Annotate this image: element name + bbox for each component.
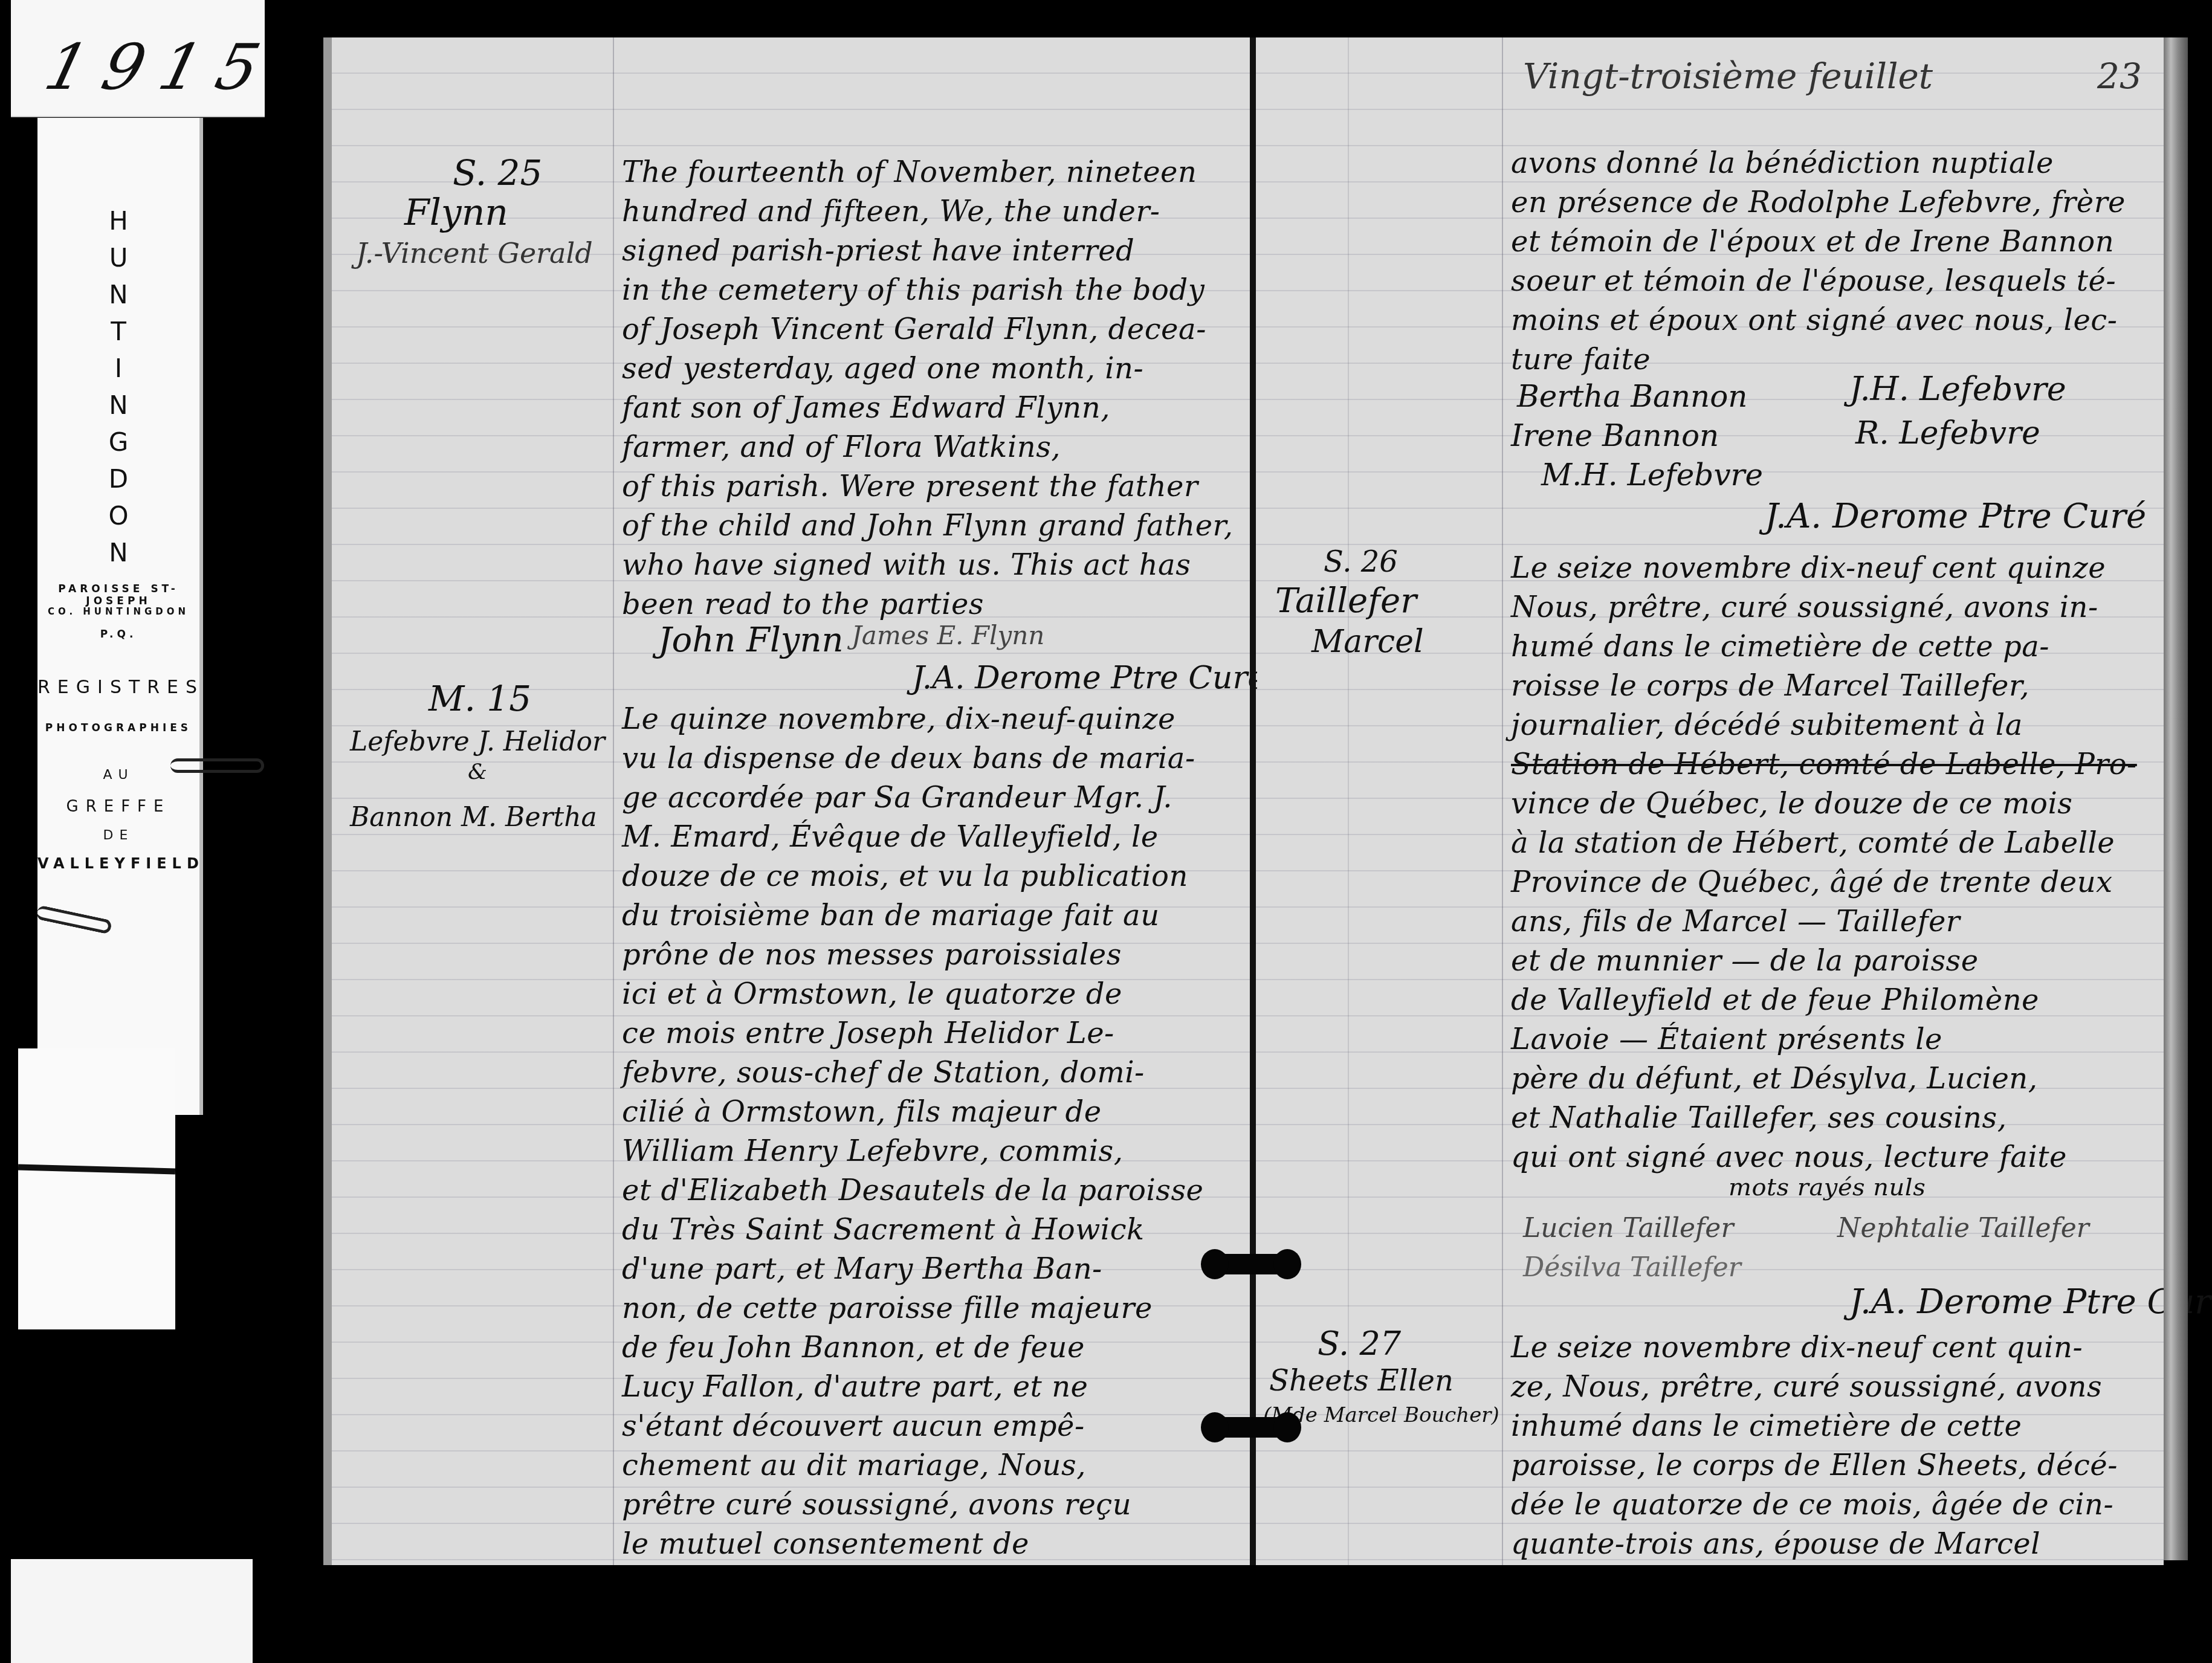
signature: Bertha Bannon bbox=[1517, 379, 1748, 414]
text-line: en présence de Rodolphe Lefebvre, frère bbox=[1511, 186, 2126, 219]
text-line: cilié à Ormstown, fils majeur de bbox=[622, 1095, 1102, 1129]
text-line: of the child and John Flynn grand father… bbox=[622, 509, 1233, 543]
blank-paper-piece bbox=[11, 1559, 253, 1663]
text-line: Lucy Fallon, d'autre part, et ne bbox=[622, 1370, 1088, 1404]
text-line: prêtre curé soussigné, avons reçu bbox=[622, 1488, 1131, 1522]
binding-ring-icon bbox=[1206, 1417, 1296, 1438]
text-line: père du défunt, et Désylva, Lucien, bbox=[1511, 1062, 2037, 1096]
text-line: been read to the parties bbox=[622, 587, 984, 621]
signature: Irene Bannon bbox=[1511, 418, 1719, 453]
text-line: ture faite bbox=[1511, 343, 1651, 376]
entry-surname: Flynn bbox=[404, 192, 508, 234]
text-line: vince de Québec, le douze de ce mois bbox=[1511, 787, 2072, 821]
margin-rule bbox=[613, 37, 614, 1565]
signature: John Flynn bbox=[658, 621, 844, 660]
text-line: M. Emard, Évêque de Valleyfield, le bbox=[622, 820, 1159, 854]
text-line: quante-trois ans, épouse de Marcel bbox=[1511, 1527, 2040, 1561]
text-line: signed parish-priest have interred bbox=[622, 234, 1134, 268]
text-line: de Valleyfield et de feue Philomène bbox=[1511, 983, 2039, 1017]
left-page: S. 25 Flynn J.-Vincent Gerald The fourte… bbox=[323, 37, 1260, 1565]
text-line: le mutuel consentement de bbox=[622, 1527, 1029, 1561]
text-line: du troisième ban de mariage fait au bbox=[622, 899, 1160, 932]
priest-signature: J.A. Derome Ptre Curé bbox=[1765, 497, 2146, 536]
priest-signature: J.A. Derome Ptre Curé bbox=[1849, 1282, 2212, 1322]
locality-letter: N bbox=[37, 387, 199, 424]
text-line: et de munnier — de la paroisse bbox=[1511, 944, 1979, 978]
text-line: et témoin de l'époux et de Irene Bannon bbox=[1511, 225, 2114, 259]
entry-number: S. 26 bbox=[1324, 545, 1398, 579]
text-line: à la station de Hébert, comté de Labelle bbox=[1511, 826, 2115, 860]
text-line: ge accordée par Sa Grandeur Mgr. J. bbox=[622, 781, 1172, 815]
text-line: ans, fils de Marcel — Taillefer bbox=[1511, 905, 1960, 938]
text-line: de feu John Bannon, et de feue bbox=[622, 1331, 1085, 1364]
text-line: Le quinze novembre, dix-neuf-quinze bbox=[622, 702, 1176, 736]
text-line: s'étant découvert aucun empê- bbox=[622, 1409, 1085, 1443]
signature: Lucien Taillefer bbox=[1523, 1213, 1733, 1244]
entry-bride: Bannon M. Bertha bbox=[350, 802, 597, 833]
entry-given-names: J.-Vincent Gerald bbox=[356, 237, 593, 270]
locality-letter: G bbox=[37, 424, 199, 460]
text-line: du Très Saint Sacrement à Howick bbox=[622, 1213, 1145, 1247]
province-label: P.Q. bbox=[37, 628, 199, 641]
valleyfield-label: VALLEYFIELD bbox=[37, 855, 199, 872]
year-text: 1915 bbox=[38, 30, 284, 104]
text-line: et Nathalie Taillefer, ses cousins, bbox=[1511, 1101, 2007, 1135]
locality-letter: H bbox=[37, 202, 199, 239]
locality-letter: N bbox=[37, 276, 199, 313]
signature: J.H. Lefebvre bbox=[1849, 370, 2066, 408]
text-line: inhumé dans le cimetière de cette bbox=[1511, 1409, 2022, 1443]
locality-letter: O bbox=[37, 497, 199, 534]
signature: Désilva Taillefer bbox=[1523, 1252, 1741, 1283]
text-line: Le seize novembre dix-neuf cent quinze bbox=[1511, 551, 2106, 585]
entry-ampersand: & bbox=[468, 760, 487, 784]
text-line: douze de ce mois, et vu la publication bbox=[622, 859, 1188, 893]
parish-label: PAROISSE ST-JOSEPH bbox=[37, 583, 199, 607]
text-line: qui ont signé avec nous, lecture faite bbox=[1511, 1140, 2067, 1174]
locality-letter: I bbox=[37, 350, 199, 387]
text-line: et d'Elizabeth Desautels de la paroisse bbox=[622, 1174, 1203, 1207]
signature: James E. Flynn bbox=[852, 621, 1044, 650]
text-line: sed yesterday, aged one month, in- bbox=[622, 352, 1143, 386]
greffe-label: GREFFE bbox=[37, 798, 199, 816]
entry-surname: Sheets Ellen bbox=[1269, 1364, 1454, 1398]
text-line: ici et à Ormstown, le quatorze de bbox=[622, 977, 1122, 1011]
text-line: dée le quatorze de ce mois, âgée de cin- bbox=[1511, 1488, 2113, 1522]
book-spine bbox=[1250, 37, 1256, 1565]
signature: Nephtalie Taillefer bbox=[1837, 1213, 2089, 1244]
margin-rule bbox=[1502, 37, 1503, 1565]
text-line: d'une part, et Mary Bertha Ban- bbox=[622, 1252, 1102, 1286]
signature: R. Lefebvre bbox=[1855, 415, 2040, 451]
locality-letter: N bbox=[37, 534, 199, 571]
text-line: moins et époux ont signé avec nous, lec- bbox=[1511, 303, 2117, 337]
text-line: William Henry Lefebvre, commis, bbox=[622, 1134, 1124, 1168]
signature: M.H. Lefebvre bbox=[1541, 457, 1763, 492]
entry-groom: Lefebvre J. Helidor bbox=[350, 726, 605, 757]
binding-ring-icon bbox=[1206, 1254, 1296, 1274]
divider bbox=[18, 1164, 175, 1175]
archive-label-strip: H U N T I N G D O N PAROISSE ST-JOSEPH C… bbox=[37, 118, 203, 1115]
page-number: 23 bbox=[2097, 56, 2142, 97]
text-line: journalier, décédé subitement à la bbox=[1511, 708, 2023, 742]
text-line: The fourteenth of November, nineteen bbox=[622, 155, 1197, 189]
text-line: Le seize novembre dix-neuf cent quin- bbox=[1511, 1331, 2083, 1364]
text-line: avons donné la bénédiction nuptiale bbox=[1511, 146, 2054, 180]
folio-header: Vingt-troisième feuillet bbox=[1523, 56, 1933, 97]
locality-letter: D bbox=[37, 460, 199, 497]
text-line: paroisse, le corps de Ellen Sheets, décé… bbox=[1511, 1448, 2118, 1482]
text-line: chement au dit mariage, Nous, bbox=[622, 1448, 1086, 1482]
locality-vertical: H U N T I N G D O N bbox=[37, 202, 199, 571]
entry-given-name: Marcel bbox=[1311, 624, 1424, 660]
text-line: ze, Nous, prêtre, curé soussigné, avons bbox=[1511, 1370, 2102, 1404]
locality-letter: T bbox=[37, 313, 199, 350]
text-line: ce mois entre Joseph Helidor Le- bbox=[622, 1016, 1114, 1050]
text-line: fant son of James Edward Flynn, bbox=[622, 391, 1110, 425]
entry-number: M. 15 bbox=[428, 678, 531, 719]
text-line: Nous, prêtre, curé soussigné, avons in- bbox=[1511, 590, 2098, 624]
text-line: vu la dispense de deux bans de maria- bbox=[622, 741, 1195, 775]
text-line: who have signed with us. This act has bbox=[622, 548, 1191, 582]
locality-letter: U bbox=[37, 239, 199, 276]
priest-signature: J.A. Derome Ptre Curé bbox=[912, 660, 1266, 696]
text-line: soeur et témoin de l'épouse, lesquels té… bbox=[1511, 264, 2116, 298]
text-line: roisse le corps de Marcel Taillefer, bbox=[1511, 669, 2029, 703]
text-line: in the cemetery of this parish the body bbox=[622, 273, 1205, 307]
text-line: humé dans le cimetière de cette pa- bbox=[1511, 630, 2049, 664]
entry-number: S. 27 bbox=[1318, 1325, 1401, 1363]
year-label: 1915 bbox=[11, 0, 265, 117]
county-label: CO. HUNTINGDON bbox=[37, 606, 199, 617]
text-line: Lavoie — Étaient présents le bbox=[1511, 1022, 1942, 1056]
text-line: of this parish. Were present the father bbox=[622, 470, 1198, 503]
text-line: of Joseph Vincent Gerald Flynn, decea- bbox=[622, 312, 1206, 346]
text-line: hundred and fifteen, We, the under- bbox=[622, 195, 1160, 228]
struck-text-line: Station de Hébert, comté de Labelle, Pro… bbox=[1511, 748, 2137, 781]
entry-surname: Taillefer bbox=[1275, 581, 1417, 621]
blank-label-card bbox=[18, 1048, 175, 1329]
text-line: febvre, sous-chef de Station, domi- bbox=[622, 1056, 1145, 1090]
entry-number: S. 25 bbox=[453, 152, 542, 193]
right-page: Vingt-troisième feuillet 23 avons donné … bbox=[1257, 37, 2164, 1565]
photographies-label: PHOTOGRAPHIES bbox=[37, 722, 199, 734]
page-edge bbox=[2164, 37, 2188, 1560]
de-label: DE bbox=[37, 828, 199, 843]
au-label: AU bbox=[37, 767, 199, 783]
annotation-line: mots rayés nuls bbox=[1729, 1174, 1926, 1201]
text-line: Province de Québec, âgé de trente deux bbox=[1511, 865, 2113, 899]
text-line: farmer, and of Flora Watkins, bbox=[622, 430, 1061, 464]
text-line: prône de nos messes paroissiales bbox=[622, 938, 1122, 972]
registres-label: REGISTRES bbox=[37, 677, 199, 698]
text-line: non, de cette paroisse fille majeure bbox=[622, 1291, 1153, 1325]
